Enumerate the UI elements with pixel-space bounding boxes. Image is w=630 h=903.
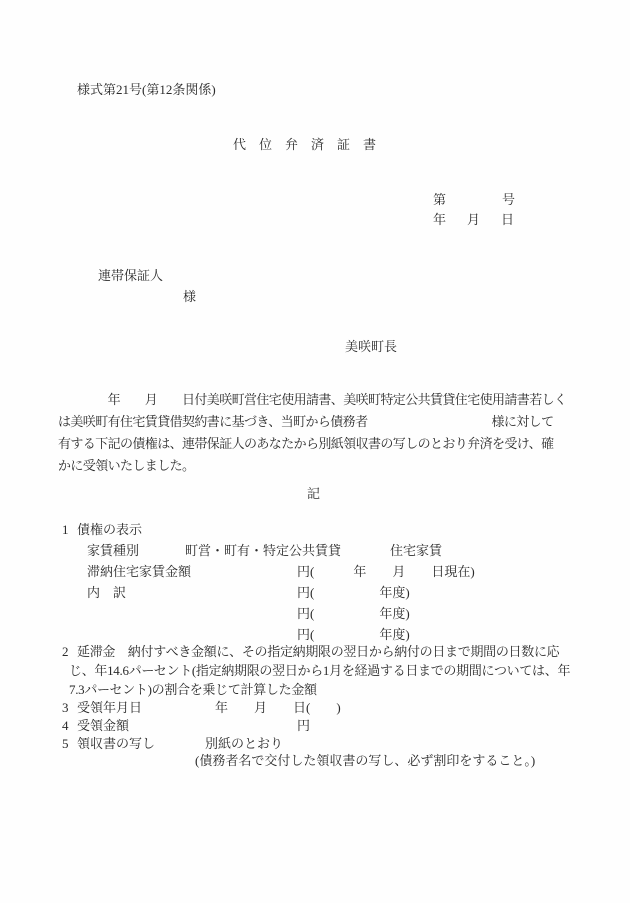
item2-number: 2	[62, 644, 69, 660]
breakdown-label: 内 訳	[87, 585, 126, 601]
item4-label: 受領金額	[77, 718, 129, 734]
item5-number: 5	[62, 736, 69, 752]
item1-number: 1	[62, 522, 69, 538]
item1-label: 債権の表示	[77, 522, 142, 538]
issue-number-prefix: 第	[433, 192, 446, 208]
body-line-2: は美咲町有住宅賃貸借契約書に基づき、当町から債務者 様に対して	[58, 414, 553, 430]
item2-line-1: 延滞金 納付すべき金額に、その指定納期限の翌日から納付の日まで期間の日数に応	[77, 644, 559, 660]
issue-date-year: 年	[433, 212, 446, 228]
arrears-amount-field: 円( 年 月 日現在)	[297, 564, 475, 580]
breakdown-field-1: 円( 年度)	[297, 585, 410, 601]
record-heading: 記	[307, 486, 320, 502]
body-line-3: 有する下記の債権は、連帯保証人のあなたから別紙領収書の写しのとおり弁済を受け、確	[58, 436, 553, 452]
addressee-role: 連帯保証人	[98, 268, 163, 284]
rent-type-label: 家賃種別	[87, 543, 139, 559]
item5-label: 領収書の写し	[77, 736, 155, 752]
issue-number-suffix: 号	[502, 192, 515, 208]
item4-number: 4	[62, 718, 69, 734]
issue-date-day: 日	[501, 212, 514, 228]
item3-number: 3	[62, 700, 69, 716]
document-page: 様式第21号(第12条関係) 代 位 弁 済 証 書 第 号 年 月 日 連帯保…	[0, 0, 630, 903]
item2-line-3: 7.3パーセント)の割合を乗じて計算した金額	[69, 682, 317, 698]
item4-amount-field: 円	[297, 718, 310, 734]
body-line-1: 年 月 日付美咲町営住宅使用請書、美咲町特定公共賃貸住宅使用請書若しく	[58, 392, 566, 408]
body-line-4: かに受領いたしました。	[58, 458, 194, 474]
rent-type-options: 町営・町有・特定公共賃貸	[185, 543, 341, 559]
item5-note: (債務者名で交付した領収書の写し、必ず割印をすること。)	[195, 753, 535, 769]
item3-label: 受領年月日	[77, 700, 142, 716]
page-title: 代 位 弁 済 証 書	[233, 137, 376, 153]
issue-date-month: 月	[467, 212, 480, 228]
rent-type-suffix: 住宅家賃	[390, 543, 442, 559]
sender-title: 美咲町長	[345, 339, 397, 355]
addressee-honorific: 様	[183, 289, 196, 305]
item3-date-field: 年 月 日( )	[215, 700, 341, 716]
item2-line-2: じ、年14.6パーセント(指定納期限の翌日から1月を経過する日までの期間について…	[69, 663, 570, 679]
breakdown-field-2: 円( 年度)	[297, 606, 410, 622]
breakdown-field-3: 円( 年度)	[297, 627, 410, 643]
item5-value: 別紙のとおり	[205, 736, 283, 752]
arrears-label: 滞納住宅家賃金額	[87, 564, 191, 580]
form-number: 様式第21号(第12条関係)	[77, 82, 216, 98]
